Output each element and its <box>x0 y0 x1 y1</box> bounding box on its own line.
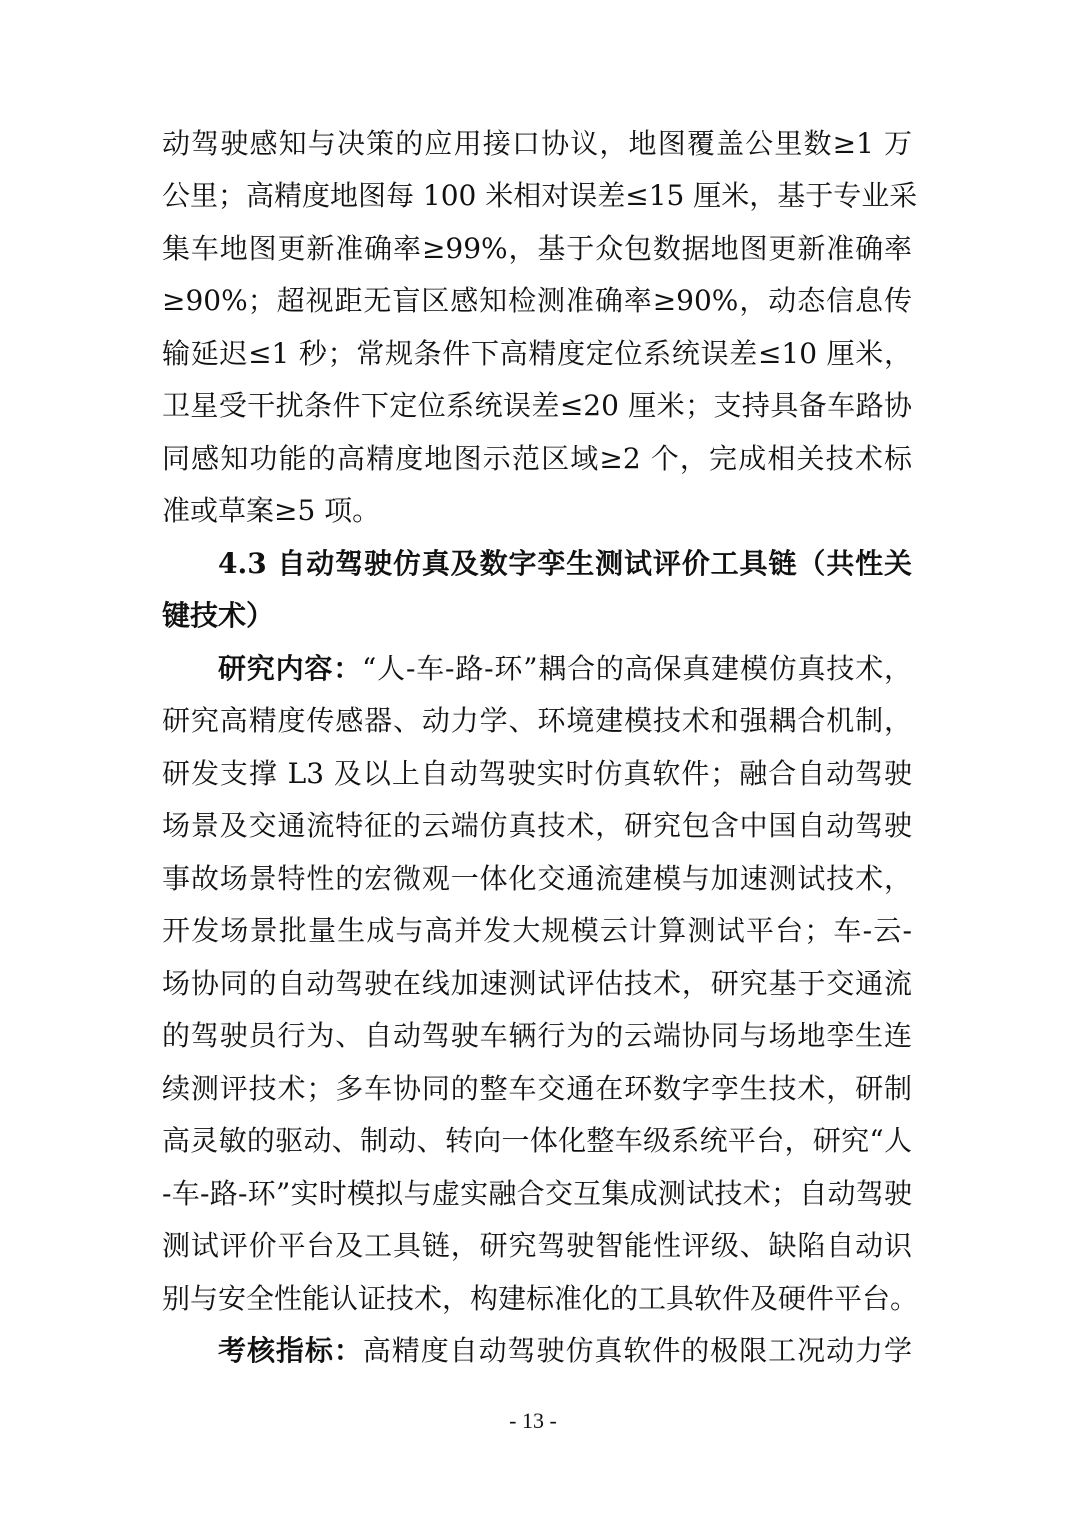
research-content-text: “人-车-路-环”耦合的高保真建模仿真技术， <box>362 652 912 685</box>
paragraph-line: 续测评技术；多车协同的整车交通在环数字孪生技术，研制 <box>162 1069 912 1109</box>
paragraph-line: 研发支撑 L3 及以上自动驾驶实时仿真软件；融合自动驾驶 <box>162 754 912 794</box>
paragraph-line: 准或草案≥5 项。 <box>162 491 912 531</box>
paragraph-line: 开发场景批量生成与高并发大规模云计算测试平台；车-云- <box>162 911 912 951</box>
research-content-label: 研究内容： <box>218 652 362 685</box>
paragraph-line: 测试评价平台及工具链，研究驾驶智能性评级、缺陷自动识 <box>162 1226 912 1266</box>
paragraph-line: ≥90%；超视距无盲区感知检测准确率≥90%，动态信息传 <box>162 281 912 321</box>
paragraph-line: 场景及交通流特征的云端仿真技术，研究包含中国自动驾驶 <box>162 806 912 846</box>
assessment-label: 考核指标： <box>218 1334 363 1367</box>
page-number: - 13 - <box>0 1406 1066 1436</box>
assessment-first-line: 考核指标：高精度自动驾驶仿真软件的极限工况动力学 <box>218 1331 912 1371</box>
paragraph-line: 卫星受干扰条件下定位系统误差≤20 厘米；支持具备车路协 <box>162 386 912 426</box>
paragraph-line: 动驾驶感知与决策的应用接口协议，地图覆盖公里数≥1 万 <box>162 124 912 164</box>
paragraph-line: 集车地图更新准确率≥99%，基于众包数据地图更新准确率 <box>162 229 912 269</box>
section-heading: 4.3 自动驾驶仿真及数字孪生测试评价工具链（共性关 <box>218 544 912 584</box>
assessment-text: 高精度自动驾驶仿真软件的极限工况动力学 <box>363 1334 912 1367</box>
paragraph-line: 事故场景特性的宏微观一体化交通流建模与加速测试技术， <box>162 859 912 899</box>
paragraph-line: 的驾驶员行为、自动驾驶车辆行为的云端协同与场地孪生连 <box>162 1016 912 1056</box>
paragraph-line: 公里；高精度地图每 100 米相对误差≤15 厘米，基于专业采 <box>162 176 912 216</box>
paragraph-line: 场协同的自动驾驶在线加速测试评估技术，研究基于交通流 <box>162 964 912 1004</box>
research-content-first-line: 研究内容：“人-车-路-环”耦合的高保真建模仿真技术， <box>218 649 912 689</box>
document-page: 动驾驶感知与决策的应用接口协议，地图覆盖公里数≥1 万 公里；高精度地图每 10… <box>0 0 1066 1514</box>
paragraph-line: 同感知功能的高精度地图示范区域≥2 个，完成相关技术标 <box>162 439 912 479</box>
paragraph-line: -车-路-环”实时模拟与虚实融合交互集成测试技术；自动驾驶 <box>162 1174 912 1214</box>
paragraph-line: 输延迟≤1 秒；常规条件下高精度定位系统误差≤10 厘米， <box>162 334 912 374</box>
paragraph-line: 高灵敏的驱动、制动、转向一体化整车级系统平台，研究“人 <box>162 1121 912 1161</box>
section-heading-continued: 键技术） <box>162 596 912 636</box>
paragraph-line: 别与安全性能认证技术，构建标准化的工具软件及硬件平台。 <box>162 1279 912 1319</box>
paragraph-line: 研究高精度传感器、动力学、环境建模技术和强耦合机制， <box>162 701 912 741</box>
